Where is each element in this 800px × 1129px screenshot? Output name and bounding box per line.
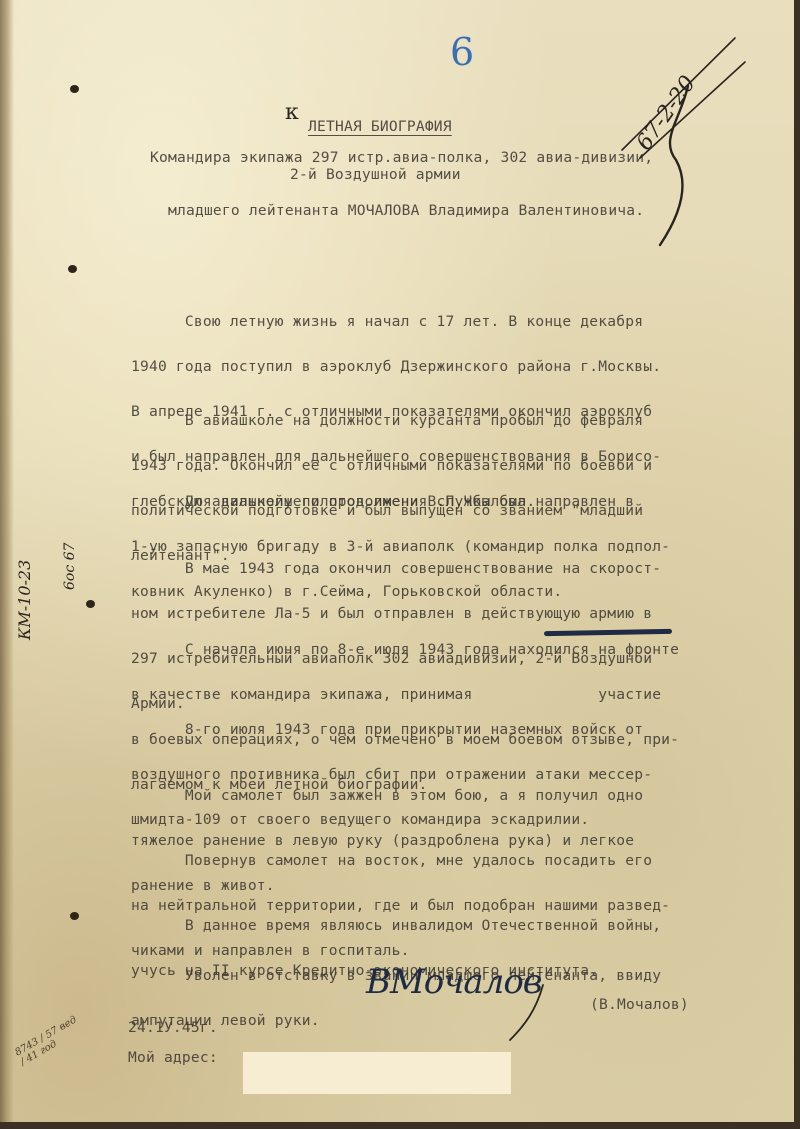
corner-annotation: 67-2-20 [632,71,701,155]
pen-strokes: 67-2-20 [0,0,800,1129]
scan-edge-bottom [0,1122,800,1129]
scan-edge-right [794,0,800,1129]
signature-tail [510,985,543,1040]
